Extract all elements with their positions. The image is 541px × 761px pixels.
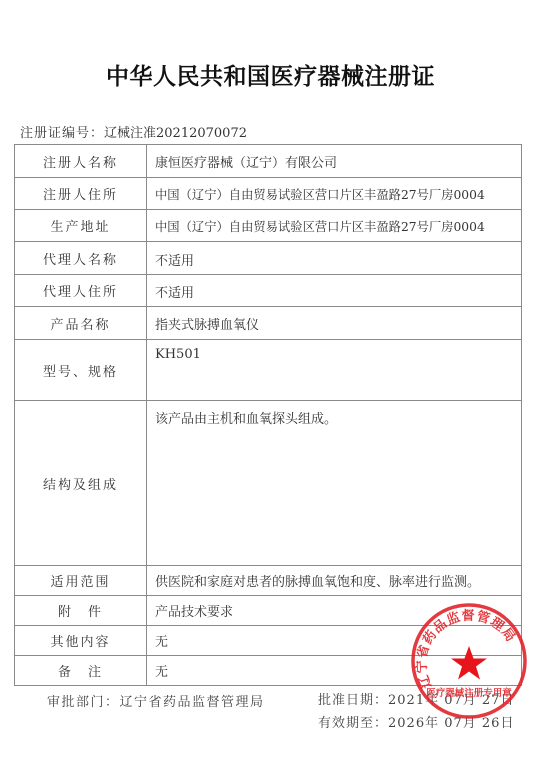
registration-number-label: 注册证编号： — [20, 126, 104, 141]
seal-inner-text: 医疗器械注册专用章 — [426, 687, 512, 699]
table-row: 注册人名称 康恒医疗器械（辽宁）有限公司 — [15, 145, 522, 178]
table-row: 型号、规格 KH501 — [15, 340, 522, 401]
approval-department-label: 审批部门： — [47, 695, 120, 710]
row-label: 注册人名称 — [15, 145, 147, 178]
row-value: 中国（辽宁）自由贸易试验区营口片区丰盈路27号厂房0004 — [147, 210, 522, 242]
row-label: 其他内容 — [15, 626, 147, 656]
row-label: 注册人住所 — [15, 178, 147, 210]
table-row: 注册人住所 中国（辽宁）自由贸易试验区营口片区丰盈路27号厂房0004 — [15, 178, 522, 210]
table-row: 适用范围 供医院和家庭对患者的脉搏血氧饱和度、脉率进行监测。 — [15, 566, 522, 596]
row-value: KH501 — [147, 340, 522, 401]
row-label: 产品名称 — [15, 307, 147, 340]
approval-department: 审批部门：辽宁省药品监督管理局 — [47, 691, 265, 710]
row-label: 结构及组成 — [15, 401, 147, 566]
certificate-title: 中华人民共和国医疗器械注册证 — [0, 58, 541, 91]
row-value: 康恒医疗器械（辽宁）有限公司 — [147, 145, 522, 178]
table-row: 产品名称 指夹式脉搏血氧仪 — [15, 307, 522, 340]
row-label: 代理人住所 — [15, 275, 147, 307]
row-label: 备 注 — [15, 656, 147, 686]
approval-department-value: 辽宁省药品监督管理局 — [120, 695, 265, 710]
registration-number-value: 辽械注准20212070072 — [104, 126, 247, 141]
row-value: 不适用 — [147, 242, 522, 275]
table-row: 生产地址 中国（辽宁）自由贸易试验区营口片区丰盈路27号厂房0004 — [15, 210, 522, 242]
row-value: 中国（辽宁）自由贸易试验区营口片区丰盈路27号厂房0004 — [147, 178, 522, 210]
table-row: 结构及组成 该产品由主机和血氧探头组成。 — [15, 401, 522, 566]
official-seal-stamp: 辽宁省药品监督管理局 医疗器械注册专用章 — [410, 602, 528, 720]
table-row: 代理人名称 不适用 — [15, 242, 522, 275]
row-value: 供医院和家庭对患者的脉搏血氧饱和度、脉率进行监测。 — [147, 566, 522, 596]
table-row: 代理人住所 不适用 — [15, 275, 522, 307]
row-label: 生产地址 — [15, 210, 147, 242]
row-label: 型号、规格 — [15, 340, 147, 401]
row-value: 不适用 — [147, 275, 522, 307]
row-label: 适用范围 — [15, 566, 147, 596]
registration-number-line: 注册证编号：辽械注准20212070072 — [20, 122, 247, 141]
approval-date-label: 批准日期： — [318, 693, 388, 708]
row-label: 附 件 — [15, 596, 147, 626]
row-value: 指夹式脉搏血氧仪 — [147, 307, 522, 340]
row-value: 该产品由主机和血氧探头组成。 — [147, 401, 522, 566]
valid-until-label: 有效期至： — [318, 716, 388, 731]
row-label: 代理人名称 — [15, 242, 147, 275]
star-icon — [451, 646, 487, 680]
